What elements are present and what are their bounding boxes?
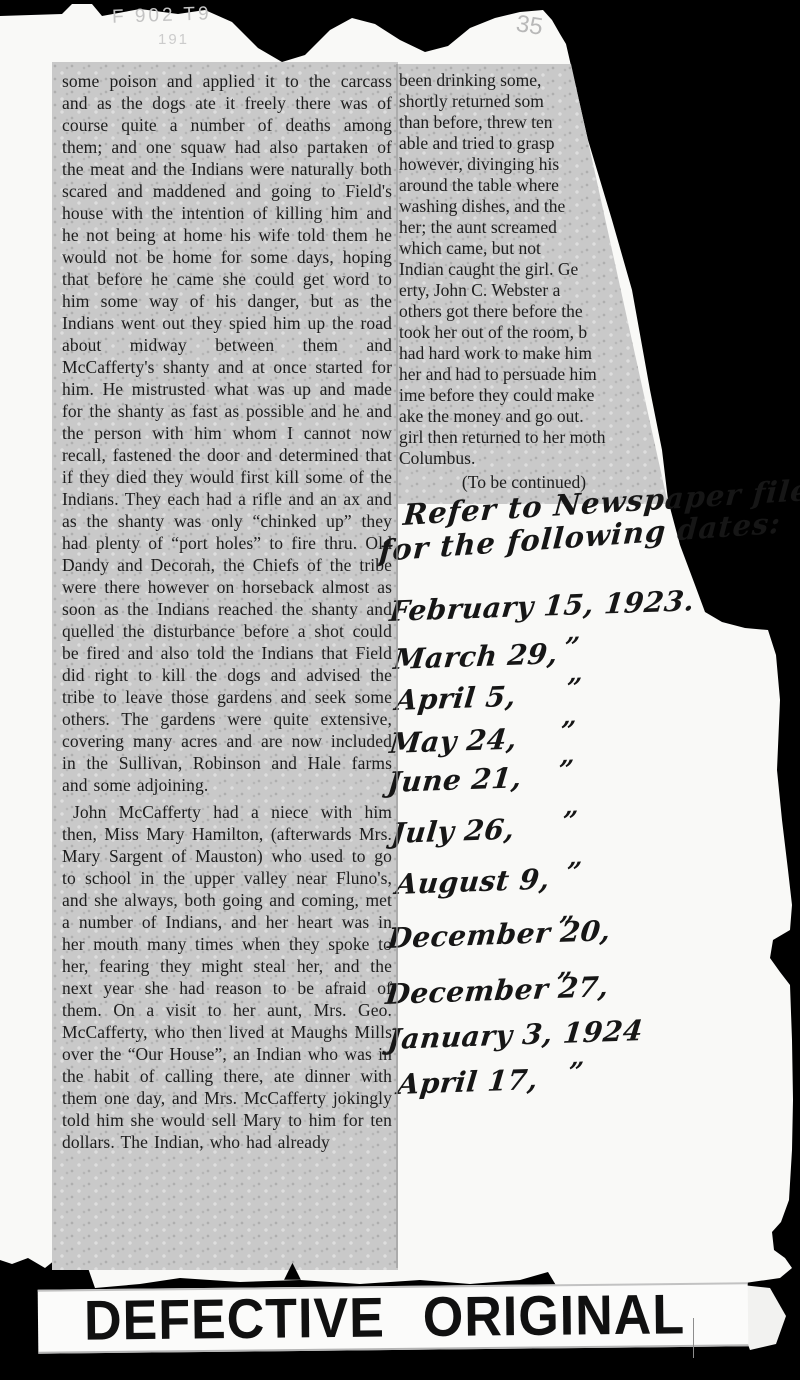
article-line: ime before they could make (399, 385, 673, 406)
handwritten-notes: Refer to Newspaper file for the followin… (378, 498, 738, 1108)
date-text: February 15, 1923. (388, 584, 696, 628)
handwritten-date: June 21, ” (386, 757, 649, 799)
handwritten-date: January 3, 1924 (386, 1014, 649, 1056)
tear-crease-line (693, 1318, 694, 1358)
handwritten-date: December 27, ” (384, 969, 647, 1011)
newspaper-left-column: some poison and applied it to the carcas… (52, 62, 398, 1270)
date-text: August 9, (394, 862, 552, 901)
article-line: had hard work to make him (399, 343, 673, 364)
handwritten-date: April 17, ” (396, 1059, 659, 1101)
handwritten-date: March 29, ” (392, 634, 655, 676)
article-paragraph: some poison and applied it to the carcas… (62, 70, 392, 796)
article-paragraph: John McCafferty had a niece with him the… (62, 801, 392, 1153)
pencil-page-number: 35 (514, 10, 545, 42)
ditto-mark: ” (557, 911, 576, 942)
ditto-mark: ” (557, 755, 576, 786)
article-line: ake the money and go out. (399, 406, 673, 427)
ditto-mark: ” (559, 716, 578, 747)
handwritten-date: May 24, ” (388, 718, 651, 760)
handwritten-date: April 5, ” (394, 675, 657, 717)
article-line: her and had to persuade him (399, 364, 673, 385)
ditto-mark: ” (561, 806, 580, 837)
ditto-mark: ” (567, 1057, 586, 1088)
date-text: May 24, (388, 722, 519, 760)
ditto-mark: ” (565, 857, 584, 888)
defective-original-stamp: DEFECTIVE ORIGINAL (38, 1282, 749, 1353)
date-text: December 27, (384, 970, 611, 1011)
column-divider-rule (396, 64, 398, 1268)
pencil-annotation: F 902 T9 (112, 3, 212, 28)
pencil-annotation: 191 (158, 31, 189, 48)
date-text: June 21, (386, 761, 524, 799)
date-text: April 17, (396, 1063, 540, 1101)
scanned-document-page: F 902 T9 191 35 some poison and applied … (0, 0, 800, 1380)
handwritten-date: February 15, 1923. (388, 586, 651, 628)
date-text: July 26, (390, 813, 516, 850)
date-text: April 5, (394, 680, 518, 717)
date-text: December 20, (386, 914, 613, 955)
article-line: Columbus. (399, 448, 673, 469)
triangle-marker-icon: ▲ (284, 1258, 301, 1283)
ditto-mark: ” (563, 632, 582, 663)
handwritten-date: August 9, ” (394, 859, 657, 901)
handwritten-date: December 20, ” (386, 913, 649, 955)
ditto-mark: ” (565, 673, 584, 704)
article-line: girl then returned to her moth (399, 427, 673, 448)
stamp-word: DEFECTIVE (84, 1286, 385, 1354)
ditto-mark: ” (555, 967, 574, 998)
stamp-word: ORIGINAL (422, 1283, 685, 1351)
date-text: March 29, (392, 637, 560, 676)
date-text: January 3, 1924 (386, 1014, 645, 1056)
handwritten-date: July 26, ” (390, 808, 653, 850)
